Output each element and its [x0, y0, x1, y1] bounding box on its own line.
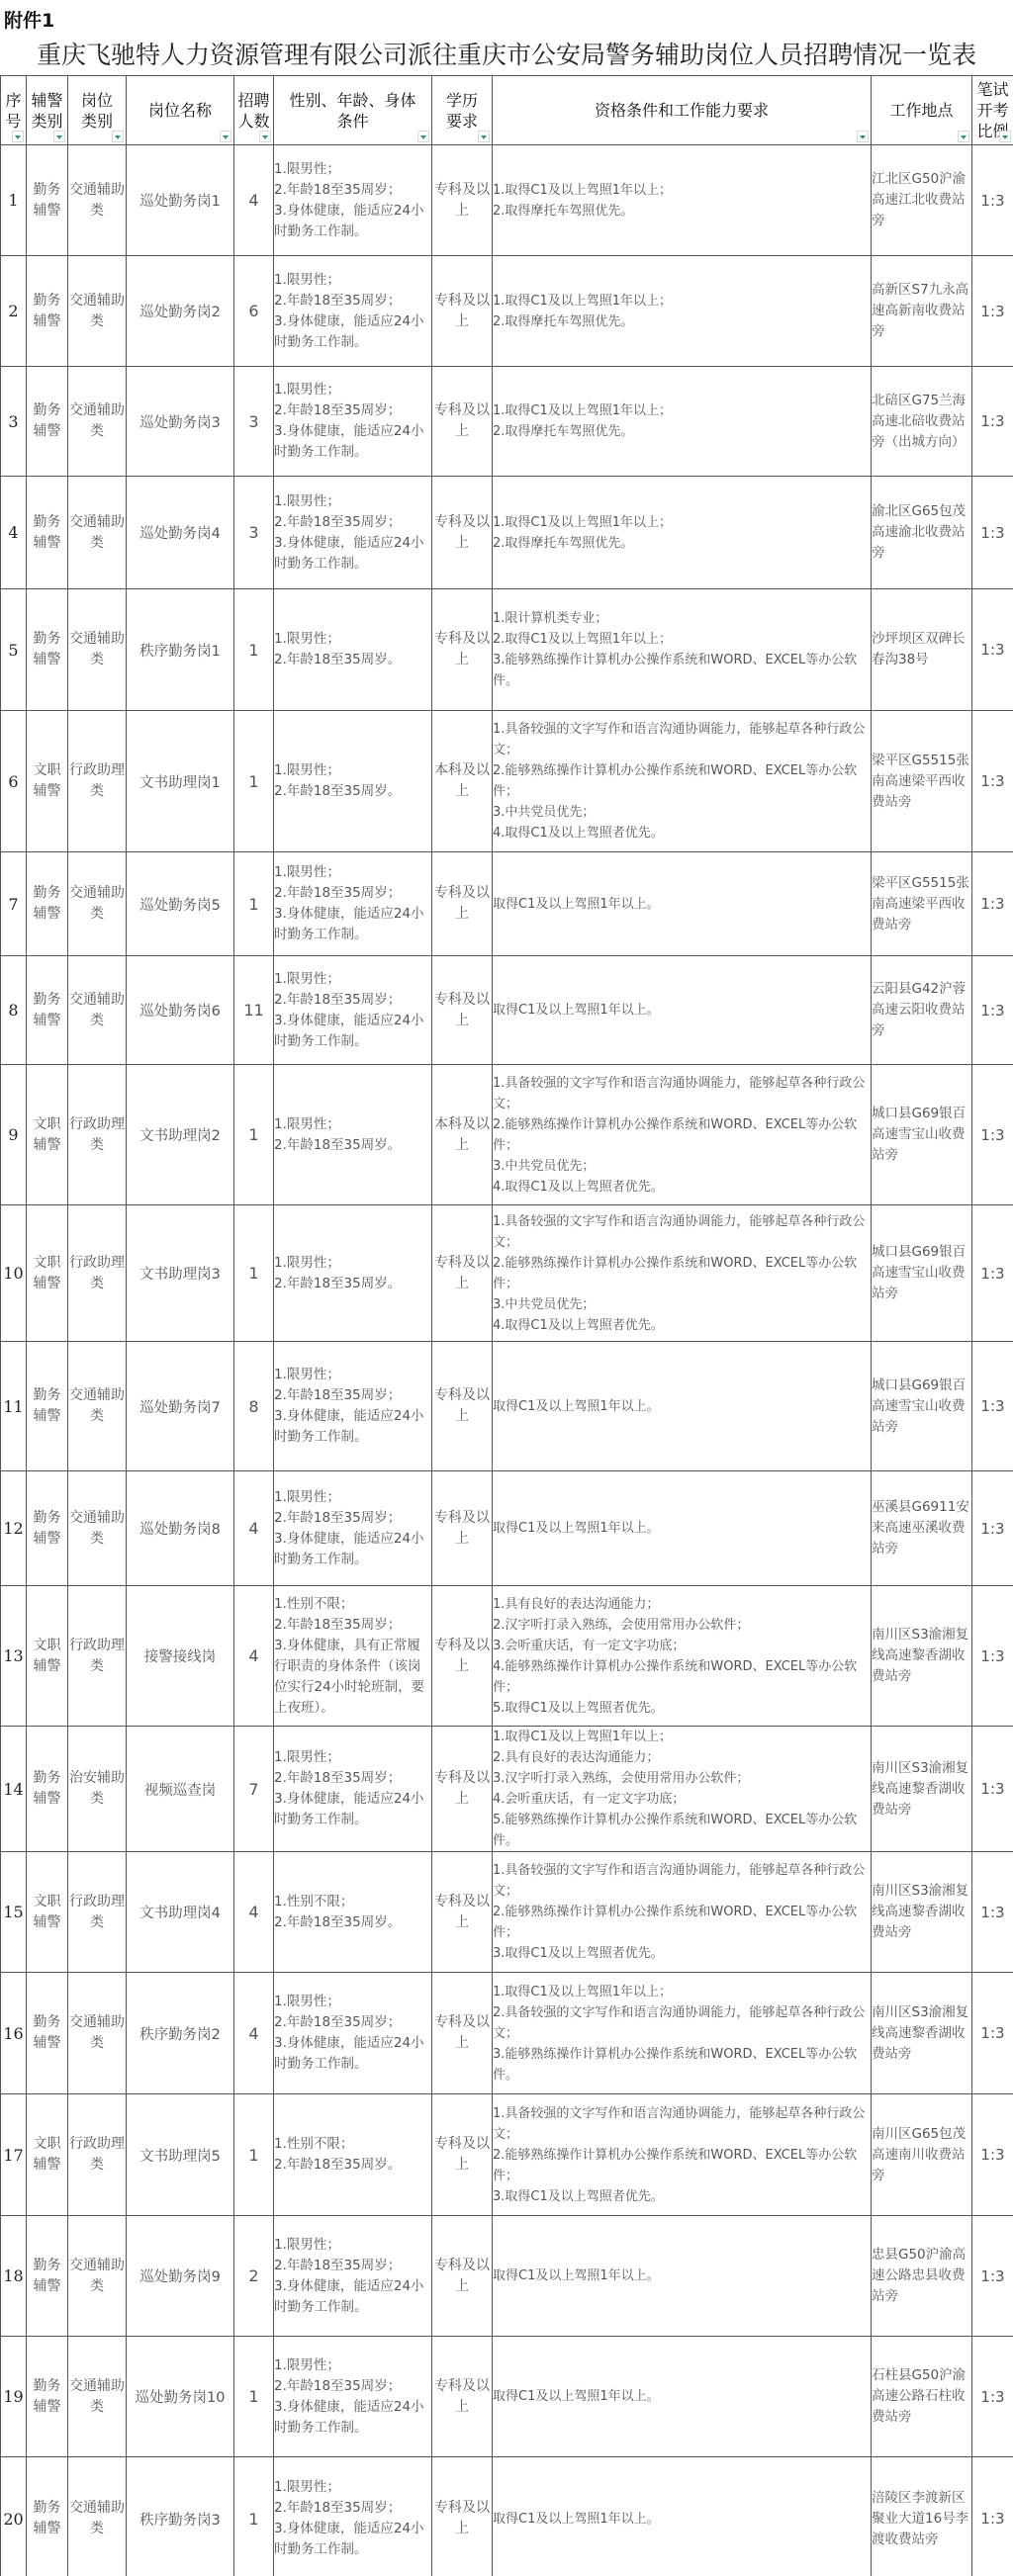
exam-ratio: 1:3 — [972, 1471, 1013, 1586]
row-number: 8 — [1, 956, 27, 1065]
hiring-count: 1 — [234, 1065, 274, 1205]
education-requirement: 专科及以上 — [432, 956, 493, 1065]
qualification-requirements: 1.取得C1及以上驾照1年以上；2.取得摩托车驾照优先。 — [493, 145, 872, 256]
auxiliary-category: 勤务辅警 — [27, 145, 68, 256]
header-label: 岗位名称 — [148, 101, 212, 120]
requirement-line: 1.具备较强的文字写作和语言沟通协调能力，能够起草各种行政公文； — [493, 1073, 871, 1114]
condition-line: 2.年龄18至35周岁； — [274, 1508, 431, 1529]
position-name: 巡处勤务岗5 — [127, 852, 234, 956]
hiring-count: 4 — [234, 1471, 274, 1586]
exam-ratio: 1:3 — [972, 367, 1013, 477]
requirement-line: 1.具有良好的表达沟通能力； — [493, 1594, 871, 1615]
work-location: 石柱县G50沪渝高速公路石柱收费站旁 — [872, 2337, 972, 2457]
exam-ratio: 1:3 — [972, 477, 1013, 589]
condition-line: 1.限男性； — [274, 629, 431, 650]
condition-line: 2.年龄18至35周岁。 — [274, 1912, 431, 1933]
gender-age-health-conditions: 1.限男性；2.年龄18至35周岁；3.身体健康，能适应24小时勤务工作制。 — [274, 956, 432, 1065]
dropdown-filter-icon[interactable] — [958, 131, 969, 142]
header-label: 学历要求 — [444, 90, 480, 132]
requirement-line: 2.取得摩托车驾照优先。 — [493, 311, 871, 332]
position-type: 交通辅助类 — [68, 2216, 127, 2337]
gender-age-health-conditions: 1.限男性；2.年龄18至35周岁；3.身体健康，能适应24小时勤务工作制。 — [274, 256, 432, 367]
requirement-line: 2.取得摩托车驾照优先。 — [493, 201, 871, 222]
education-requirement: 本科及以上 — [432, 711, 493, 852]
education-requirement: 本科及以上 — [432, 1065, 493, 1205]
header-category: 辅警类别 — [27, 76, 68, 145]
gender-age-health-conditions: 1.限男性；2.年龄18至35周岁；3.身体健康，能适应24小时勤务工作制。 — [274, 1973, 432, 2094]
requirement-line: 取得C1及以上驾照1年以上。 — [493, 1000, 871, 1021]
requirement-line: 3.取得C1及以上驾照者优先。 — [493, 2186, 871, 2207]
education-requirement: 专科及以上 — [432, 1727, 493, 1852]
position-type: 治安辅助类 — [68, 1727, 127, 1852]
condition-line: 1.限男性； — [274, 2235, 431, 2256]
condition-line: 3.身体健康，能适应24小时勤务工作制。 — [274, 2397, 431, 2439]
position-type: 交通辅助类 — [68, 956, 127, 1065]
position-name: 秩序勤务岗3 — [127, 2457, 234, 2576]
condition-line: 2.年龄18至35周岁。 — [274, 2155, 431, 2176]
work-location: 南川区G65包茂高速南川收费站旁 — [872, 2094, 972, 2216]
requirement-line: 3.中共党员优先； — [493, 1294, 871, 1315]
row-number: 2 — [1, 256, 27, 367]
row-number: 15 — [1, 1852, 27, 1973]
gender-age-health-conditions: 1.限男性；2.年龄18至35周岁；3.身体健康，能适应24小时勤务工作制。 — [274, 367, 432, 477]
condition-line: 3.身体健康，能适应24小时勤务工作制。 — [274, 904, 431, 945]
condition-line: 2.年龄18至35周岁； — [274, 400, 431, 421]
education-requirement: 专科及以上 — [432, 2337, 493, 2457]
qualification-requirements: 1.取得C1及以上驾照1年以上；2.具有良好的表达沟通能力；3.汉字听打录入熟练… — [493, 1727, 872, 1852]
header-no: 序号 — [1, 76, 27, 145]
dropdown-filter-icon[interactable] — [259, 131, 271, 142]
row-number: 14 — [1, 1727, 27, 1852]
condition-line: 2.年龄18至35周岁； — [274, 291, 431, 311]
condition-line: 2.年龄18至35周岁； — [274, 2012, 431, 2033]
gender-age-health-conditions: 1.限男性；2.年龄18至35周岁；3.身体健康，能适应24小时勤务工作制。 — [274, 145, 432, 256]
hiring-count: 1 — [234, 2094, 274, 2216]
qualification-requirements: 取得C1及以上驾照1年以上。 — [493, 1471, 872, 1586]
requirement-line: 4.能够熟练操作计算机办公操作系统和WORD、EXCEL等办公软件； — [493, 1656, 871, 1698]
work-location: 城口县G69银百高速雪宝山收费站旁 — [872, 1065, 972, 1205]
condition-line: 2.年龄18至35周岁； — [274, 883, 431, 904]
requirement-line: 3.取得C1及以上驾照者优先。 — [493, 1943, 871, 1964]
table-row: 6文职辅警行政助理类文书助理岗111.限男性；2.年龄18至35周岁。本科及以上… — [1, 711, 1013, 852]
header-label: 工作地点 — [889, 101, 953, 120]
education-requirement: 专科及以上 — [432, 477, 493, 589]
requirement-line: 3.能够熟练操作计算机办公操作系统和WORD、EXCEL等办公软件。 — [493, 2044, 871, 2086]
work-location: 梁平区G5515张南高速梁平西收费站旁 — [872, 711, 972, 852]
condition-line: 2.年龄18至35周岁； — [274, 180, 431, 201]
row-number: 17 — [1, 2094, 27, 2216]
gender-age-health-conditions: 1.限男性；2.年龄18至35周岁；3.身体健康，能适应24小时勤务工作制。 — [274, 2216, 432, 2337]
work-location: 渝北区G65包茂高速渝北收费站旁 — [872, 477, 972, 589]
exam-ratio: 1:3 — [972, 2457, 1013, 2576]
education-requirement: 专科及以上 — [432, 1205, 493, 1342]
education-requirement: 专科及以上 — [432, 256, 493, 367]
position-name: 接警接线岗 — [127, 1586, 234, 1727]
position-type: 行政助理类 — [68, 711, 127, 852]
qualification-requirements: 1.具备较强的文字写作和语言沟通协调能力，能够起草各种行政公文；2.能够熟练操作… — [493, 1852, 872, 1973]
work-location: 江北区G50沪渝高速江北收费站旁 — [872, 145, 972, 256]
condition-line: 2.年龄18至35周岁。 — [274, 1274, 431, 1294]
requirement-line: 取得C1及以上驾照1年以上。 — [493, 1518, 871, 1539]
hiring-count: 8 — [234, 1342, 274, 1471]
position-name: 文书助理岗1 — [127, 711, 234, 852]
condition-line: 2.年龄18至35周岁； — [274, 512, 431, 533]
header-label: 招聘人数 — [237, 90, 271, 132]
gender-age-health-conditions: 1.限男性；2.年龄18至35周岁；3.身体健康，能适应24小时勤务工作制。 — [274, 1471, 432, 1586]
exam-ratio: 1:3 — [972, 2094, 1013, 2216]
qualification-requirements: 取得C1及以上驾照1年以上。 — [493, 2216, 872, 2337]
requirement-line: 2.能够熟练操作计算机办公操作系统和WORD、EXCEL等办公软件； — [493, 760, 871, 802]
condition-line: 3.身体健康，能适应24小时勤务工作制。 — [274, 1529, 431, 1570]
condition-line: 3.身体健康，能适应24小时勤务工作制。 — [274, 201, 431, 242]
auxiliary-category: 勤务辅警 — [27, 589, 68, 711]
requirement-line: 取得C1及以上驾照1年以上。 — [493, 1396, 871, 1417]
auxiliary-category: 文职辅警 — [27, 1586, 68, 1727]
qualification-requirements: 1.取得C1及以上驾照1年以上；2.具备较强的文字写作和语言沟通协调能力，能够起… — [493, 1973, 872, 2094]
requirement-line: 1.具备较强的文字写作和语言沟通协调能力，能够起草各种行政公文； — [493, 1860, 871, 1902]
requirement-line: 1.具备较强的文字写作和语言沟通协调能力，能够起草各种行政公文； — [493, 2103, 871, 2145]
gender-age-health-conditions: 1.限男性；2.年龄18至35周岁。 — [274, 1205, 432, 1342]
gender-age-health-conditions: 1.限男性；2.年龄18至35周岁。 — [274, 711, 432, 852]
dropdown-filter-icon[interactable] — [857, 131, 869, 142]
condition-line: 1.限男性； — [274, 159, 431, 180]
qualification-requirements: 取得C1及以上驾照1年以上。 — [493, 2337, 872, 2457]
hiring-count: 6 — [234, 256, 274, 367]
table-row: 5勤务辅警交通辅助类秩序勤务岗111.限男性；2.年龄18至35周岁。专科及以上… — [1, 589, 1013, 711]
work-location: 高新区S7九永高速高新南收费站旁 — [872, 256, 972, 367]
condition-line: 1.限男性； — [274, 1992, 431, 2012]
position-name: 巡处勤务岗6 — [127, 956, 234, 1065]
condition-line: 3.身体健康，能适应24小时勤务工作制。 — [274, 1406, 431, 1448]
row-number: 3 — [1, 367, 27, 477]
header-row: 序号辅警类别岗位类别岗位名称招聘人数性别、年龄、身体条件学历要求资格条件和工作能… — [1, 76, 1013, 145]
requirement-line: 2.能够熟练操作计算机办公操作系统和WORD、EXCEL等办公软件； — [493, 1902, 871, 1943]
auxiliary-category: 勤务辅警 — [27, 1973, 68, 2094]
auxiliary-category: 文职辅警 — [27, 2094, 68, 2216]
requirement-line: 1.具备较强的文字写作和语言沟通协调能力，能够起草各种行政公文； — [493, 719, 871, 760]
exam-ratio: 1:3 — [972, 1727, 1013, 1852]
table-row: 20勤务辅警交通辅助类秩序勤务岗311.限男性；2.年龄18至35周岁；3.身体… — [1, 2457, 1013, 2576]
requirement-line: 3.中共党员优先； — [493, 1156, 871, 1177]
requirement-line: 5.取得C1及以上驾照者优先。 — [493, 1698, 871, 1719]
requirement-line: 取得C1及以上驾照1年以上。 — [493, 894, 871, 915]
requirement-line: 2.能够熟练操作计算机办公操作系统和WORD、EXCEL等办公软件； — [493, 2145, 871, 2186]
position-name: 巡处勤务岗10 — [127, 2337, 234, 2457]
position-name: 文书助理岗2 — [127, 1065, 234, 1205]
condition-line: 1.限男性； — [274, 1114, 431, 1135]
row-number: 18 — [1, 2216, 27, 2337]
table-row: 1勤务辅警交通辅助类巡处勤务岗141.限男性；2.年龄18至35周岁；3.身体健… — [1, 145, 1013, 256]
table-row: 18勤务辅警交通辅助类巡处勤务岗921.限男性；2.年龄18至35周岁；3.身体… — [1, 2216, 1013, 2337]
dropdown-filter-icon[interactable] — [112, 131, 124, 142]
requirement-line: 4.取得C1及以上驾照者优先。 — [493, 1177, 871, 1198]
condition-line: 2.年龄18至35周岁。 — [274, 1135, 431, 1156]
position-type: 行政助理类 — [68, 1852, 127, 1973]
header-label: 资格条件和工作能力要求 — [595, 101, 769, 120]
gender-age-health-conditions: 1.限男性；2.年龄18至35周岁；3.身体健康，能适应24小时勤务工作制。 — [274, 477, 432, 589]
hiring-count: 3 — [234, 367, 274, 477]
auxiliary-category: 勤务辅警 — [27, 367, 68, 477]
position-type: 行政助理类 — [68, 2094, 127, 2216]
requirement-line: 4.取得C1及以上驾照者优先。 — [493, 823, 871, 844]
row-number: 4 — [1, 477, 27, 589]
condition-line: 2.年龄18至35周岁。 — [274, 781, 431, 802]
position-type: 行政助理类 — [68, 1065, 127, 1205]
exam-ratio: 1:3 — [972, 1205, 1013, 1342]
condition-line: 2.年龄18至35周岁； — [274, 2376, 431, 2397]
table-row: 3勤务辅警交通辅助类巡处勤务岗331.限男性；2.年龄18至35周岁；3.身体健… — [1, 367, 1013, 477]
exam-ratio: 1:3 — [972, 2337, 1013, 2457]
education-requirement: 专科及以上 — [432, 2094, 493, 2216]
exam-ratio: 1:3 — [972, 1852, 1013, 1973]
auxiliary-category: 文职辅警 — [27, 1205, 68, 1342]
table-row: 16勤务辅警交通辅助类秩序勤务岗241.限男性；2.年龄18至35周岁；3.身体… — [1, 1973, 1013, 2094]
auxiliary-category: 勤务辅警 — [27, 1727, 68, 1852]
position-name: 文书助理岗5 — [127, 2094, 234, 2216]
condition-line: 2.年龄18至35周岁； — [274, 1385, 431, 1406]
hiring-count: 7 — [234, 1727, 274, 1852]
condition-line: 3.身体健康，能适应24小时勤务工作制。 — [274, 2519, 431, 2560]
table-row: 10文职辅警行政助理类文书助理岗311.限男性；2.年龄18至35周岁。专科及以… — [1, 1205, 1013, 1342]
row-number: 16 — [1, 1973, 27, 2094]
table-row: 7勤务辅警交通辅助类巡处勤务岗511.限男性；2.年龄18至35周岁；3.身体健… — [1, 852, 1013, 956]
position-type: 交通辅助类 — [68, 2337, 127, 2457]
auxiliary-category: 勤务辅警 — [27, 2216, 68, 2337]
position-name: 文书助理岗3 — [127, 1205, 234, 1342]
work-location: 忠县G50沪渝高速公路忠县收费站旁 — [872, 2216, 972, 2337]
row-number: 9 — [1, 1065, 27, 1205]
exam-ratio: 1:3 — [972, 1586, 1013, 1727]
education-requirement: 专科及以上 — [432, 852, 493, 956]
header-ratio: 笔试开考比例 — [972, 76, 1013, 145]
exam-ratio: 1:3 — [972, 1065, 1013, 1205]
gender-age-health-conditions: 1.限男性；2.年龄18至35周岁。 — [274, 1065, 432, 1205]
auxiliary-category: 勤务辅警 — [27, 2337, 68, 2457]
exam-ratio: 1:3 — [972, 256, 1013, 367]
qualification-requirements: 1.取得C1及以上驾照1年以上；2.取得摩托车驾照优先。 — [493, 477, 872, 589]
exam-ratio: 1:3 — [972, 956, 1013, 1065]
header-label: 辅警类别 — [30, 90, 65, 132]
condition-line: 1.限男性； — [274, 1487, 431, 1508]
requirement-line: 5.能够熟练操作计算机办公操作系统和WORD、EXCEL等办公软件。 — [493, 1810, 871, 1851]
hiring-count: 3 — [234, 477, 274, 589]
condition-line: 2.年龄18至35周岁； — [274, 1768, 431, 1789]
row-number: 10 — [1, 1205, 27, 1342]
condition-line: 1.限男性； — [274, 969, 431, 990]
requirement-line: 1.取得C1及以上驾照1年以上； — [493, 291, 871, 311]
requirement-line: 3.会听重庆话，有一定文字功底； — [493, 1636, 871, 1656]
qualification-requirements: 1.具备较强的文字写作和语言沟通协调能力，能够起草各种行政公文；2.能够熟练操作… — [493, 2094, 872, 2216]
requirement-line: 1.取得C1及以上驾照1年以上； — [493, 1982, 871, 2002]
auxiliary-category: 勤务辅警 — [27, 477, 68, 589]
position-name: 视频巡查岗 — [127, 1727, 234, 1852]
header-conditions: 性别、年龄、身体条件 — [274, 76, 432, 145]
row-number: 19 — [1, 2337, 27, 2457]
gender-age-health-conditions: 1.限男性；2.年龄18至35周岁；3.身体健康，能适应24小时勤务工作制。 — [274, 2457, 432, 2576]
education-requirement: 专科及以上 — [432, 367, 493, 477]
table-row: 4勤务辅警交通辅助类巡处勤务岗431.限男性；2.年龄18至35周岁；3.身体健… — [1, 477, 1013, 589]
requirement-line: 1.取得C1及以上驾照1年以上； — [493, 180, 871, 201]
auxiliary-category: 文职辅警 — [27, 711, 68, 852]
document-page: 附件1 重庆飞驰特人力资源管理有限公司派往重庆市公安局警务辅助岗位人员招聘情况一… — [0, 0, 1013, 2576]
condition-line: 3.身体健康，能适应24小时勤务工作制。 — [274, 2276, 431, 2318]
position-type: 交通辅助类 — [68, 1342, 127, 1471]
condition-line: 1.限男性； — [274, 1747, 431, 1768]
work-location: 南川区S3渝湘复线高速黎香湖收费站旁 — [872, 1586, 972, 1727]
position-type: 交通辅助类 — [68, 477, 127, 589]
gender-age-health-conditions: 1.性别不限；2.年龄18至35周岁。 — [274, 1852, 432, 1973]
work-location: 涪陵区李渡新区聚业大道16号李渡收费站旁 — [872, 2457, 972, 2576]
gender-age-health-conditions: 1.性别不限；2.年龄18至35周岁；3.身体健康，具有正常履行职责的身体条件（… — [274, 1586, 432, 1727]
condition-line: 1.限男性； — [274, 270, 431, 291]
condition-line: 1.限男性； — [274, 862, 431, 883]
dropdown-filter-icon[interactable] — [417, 131, 429, 142]
gender-age-health-conditions: 1.限男性；2.年龄18至35周岁；3.身体健康，能适应24小时勤务工作制。 — [274, 1342, 432, 1471]
requirement-line: 2.能够熟练操作计算机办公操作系统和WORD、EXCEL等办公软件； — [493, 1114, 871, 1156]
condition-line: 1.限男性； — [274, 380, 431, 400]
auxiliary-category: 勤务辅警 — [27, 956, 68, 1065]
qualification-requirements: 取得C1及以上驾照1年以上。 — [493, 956, 872, 1065]
requirement-line: 1.取得C1及以上驾照1年以上； — [493, 512, 871, 533]
position-name: 巡处勤务岗8 — [127, 1471, 234, 1586]
position-type: 交通辅助类 — [68, 589, 127, 711]
condition-line: 1.限男性； — [274, 760, 431, 781]
hiring-count: 4 — [234, 1852, 274, 1973]
work-location: 南川区S3渝湘复线高速黎香湖收费站旁 — [872, 1727, 972, 1852]
work-location: 城口县G69银百高速雪宝山收费站旁 — [872, 1205, 972, 1342]
condition-line: 3.身体健康，能适应24小时勤务工作制。 — [274, 1011, 431, 1052]
requirement-line: 取得C1及以上驾照1年以上。 — [493, 2265, 871, 2286]
position-name: 秩序勤务岗1 — [127, 589, 234, 711]
dropdown-filter-icon[interactable] — [220, 131, 231, 142]
condition-line: 1.性别不限； — [274, 2134, 431, 2155]
position-type: 交通辅助类 — [68, 852, 127, 956]
header-education: 学历要求 — [432, 76, 493, 145]
work-location: 云阳县G42沪蓉高速云阳收费站旁 — [872, 956, 972, 1065]
education-requirement: 专科及以上 — [432, 2216, 493, 2337]
education-requirement: 专科及以上 — [432, 1973, 493, 2094]
exam-ratio: 1:3 — [972, 145, 1013, 256]
gender-age-health-conditions: 1.性别不限；2.年龄18至35周岁。 — [274, 2094, 432, 2216]
position-name: 巡处勤务岗2 — [127, 256, 234, 367]
condition-line: 3.身体健康，能适应24小时勤务工作制。 — [274, 2033, 431, 2075]
condition-line: 3.身体健康，能适应24小时勤务工作制。 — [274, 421, 431, 463]
position-name: 巡处勤务岗4 — [127, 477, 234, 589]
hiring-count: 4 — [234, 1586, 274, 1727]
exam-ratio: 1:3 — [972, 852, 1013, 956]
table-row: 17文职辅警行政助理类文书助理岗511.性别不限；2.年龄18至35周岁。专科及… — [1, 2094, 1013, 2216]
position-type: 行政助理类 — [68, 1586, 127, 1727]
gender-age-health-conditions: 1.限男性；2.年龄18至35周岁；3.身体健康，能适应24小时勤务工作制。 — [274, 1727, 432, 1852]
row-number: 13 — [1, 1586, 27, 1727]
condition-line: 2.年龄18至35周岁； — [274, 990, 431, 1011]
position-type: 交通辅助类 — [68, 145, 127, 256]
qualification-requirements: 1.取得C1及以上驾照1年以上；2.取得摩托车驾照优先。 — [493, 256, 872, 367]
condition-line: 3.身体健康，能适应24小时勤务工作制。 — [274, 1789, 431, 1830]
requirement-line: 1.取得C1及以上驾照1年以上； — [493, 400, 871, 421]
table-row: 14勤务辅警治安辅助类视频巡查岗71.限男性；2.年龄18至35周岁；3.身体健… — [1, 1727, 1013, 1852]
position-type: 交通辅助类 — [68, 367, 127, 477]
position-type: 交通辅助类 — [68, 256, 127, 367]
education-requirement: 专科及以上 — [432, 589, 493, 711]
requirement-line: 4.会听重庆话，有一定文字功底； — [493, 1789, 871, 1810]
education-requirement: 专科及以上 — [432, 1852, 493, 1973]
dropdown-filter-icon[interactable] — [478, 131, 490, 142]
header-label: 序号 — [5, 90, 23, 132]
row-number: 1 — [1, 145, 27, 256]
condition-line: 1.性别不限； — [274, 1892, 431, 1912]
gender-age-health-conditions: 1.限男性；2.年龄18至35周岁；3.身体健康，能适应24小时勤务工作制。 — [274, 2337, 432, 2457]
position-name: 巡处勤务岗3 — [127, 367, 234, 477]
table-row: 8勤务辅警交通辅助类巡处勤务岗6111.限男性；2.年龄18至35周岁；3.身体… — [1, 956, 1013, 1065]
auxiliary-category: 勤务辅警 — [27, 256, 68, 367]
requirement-line: 1.限计算机类专业； — [493, 608, 871, 629]
auxiliary-category: 勤务辅警 — [27, 852, 68, 956]
requirement-line: 取得C1及以上驾照1年以上。 — [493, 2509, 871, 2530]
hiring-count: 2 — [234, 2216, 274, 2337]
hiring-count: 1 — [234, 1205, 274, 1342]
dropdown-filter-icon[interactable] — [12, 131, 24, 142]
auxiliary-category: 勤务辅警 — [27, 2457, 68, 2576]
header-label: 性别、年龄、身体条件 — [284, 90, 422, 132]
hiring-count: 4 — [234, 1973, 274, 2094]
row-number: 7 — [1, 852, 27, 956]
qualification-requirements: 1.限计算机类专业；2.取得C1及以上驾照1年以上；3.能够熟练操作计算机办公操… — [493, 589, 872, 711]
header-label: 岗位类别 — [79, 90, 115, 132]
row-number: 12 — [1, 1471, 27, 1586]
requirement-line: 2.具有良好的表达沟通能力； — [493, 1747, 871, 1768]
position-type: 行政助理类 — [68, 1205, 127, 1342]
exam-ratio: 1:3 — [972, 1342, 1013, 1471]
dropdown-filter-icon[interactable] — [999, 131, 1011, 142]
row-number: 5 — [1, 589, 27, 711]
condition-line: 1.性别不限； — [274, 1594, 431, 1615]
qualification-requirements: 取得C1及以上驾照1年以上。 — [493, 2457, 872, 2576]
condition-line: 1.限男性； — [274, 2477, 431, 2498]
requirement-line: 2.取得C1及以上驾照1年以上； — [493, 629, 871, 650]
education-requirement: 专科及以上 — [432, 1471, 493, 1586]
requirement-line: 2.取得摩托车驾照优先。 — [493, 533, 871, 554]
requirement-line: 2.取得摩托车驾照优先。 — [493, 421, 871, 442]
gender-age-health-conditions: 1.限男性；2.年龄18至35周岁。 — [274, 589, 432, 711]
qualification-requirements: 取得C1及以上驾照1年以上。 — [493, 852, 872, 956]
position-name: 文书助理岗4 — [127, 1852, 234, 1973]
condition-line: 1.限男性； — [274, 1365, 431, 1385]
dropdown-filter-icon[interactable] — [53, 131, 65, 142]
requirement-line: 3.中共党员优先； — [493, 802, 871, 823]
condition-line: 3.身体健康，具有正常履行职责的身体条件（该岗位实行24小时轮班制，要上夜班）。 — [274, 1636, 431, 1719]
table-row: 11勤务辅警交通辅助类巡处勤务岗781.限男性；2.年龄18至35周岁；3.身体… — [1, 1342, 1013, 1471]
work-location: 沙坪坝区双碑长春沟38号 — [872, 589, 972, 711]
table-row: 9文职辅警行政助理类文书助理岗211.限男性；2.年龄18至35周岁。本科及以上… — [1, 1065, 1013, 1205]
table-row: 2勤务辅警交通辅助类巡处勤务岗261.限男性；2.年龄18至35周岁；3.身体健… — [1, 256, 1013, 367]
row-number: 20 — [1, 2457, 27, 2576]
qualification-requirements: 1.具备较强的文字写作和语言沟通协调能力，能够起草各种行政公文；2.能够熟练操作… — [493, 1065, 872, 1205]
work-location: 巫溪县G6911安来高速巫溪收费站旁 — [872, 1471, 972, 1586]
education-requirement: 专科及以上 — [432, 1342, 493, 1471]
condition-line: 3.身体健康，能适应24小时勤务工作制。 — [274, 311, 431, 353]
hiring-count: 1 — [234, 2337, 274, 2457]
auxiliary-category: 勤务辅警 — [27, 1471, 68, 1586]
exam-ratio: 1:3 — [972, 1973, 1013, 2094]
condition-line: 2.年龄18至35周岁； — [274, 2256, 431, 2276]
hiring-count: 1 — [234, 852, 274, 956]
auxiliary-category: 勤务辅警 — [27, 1342, 68, 1471]
header-requirements: 资格条件和工作能力要求 — [493, 76, 872, 145]
requirement-line: 3.汉字听打录入熟练，会使用常用办公软件； — [493, 1768, 871, 1789]
header-count: 招聘人数 — [234, 76, 274, 145]
table-row: 13文职辅警行政助理类接警接线岗41.性别不限；2.年龄18至35周岁；3.身体… — [1, 1586, 1013, 1727]
